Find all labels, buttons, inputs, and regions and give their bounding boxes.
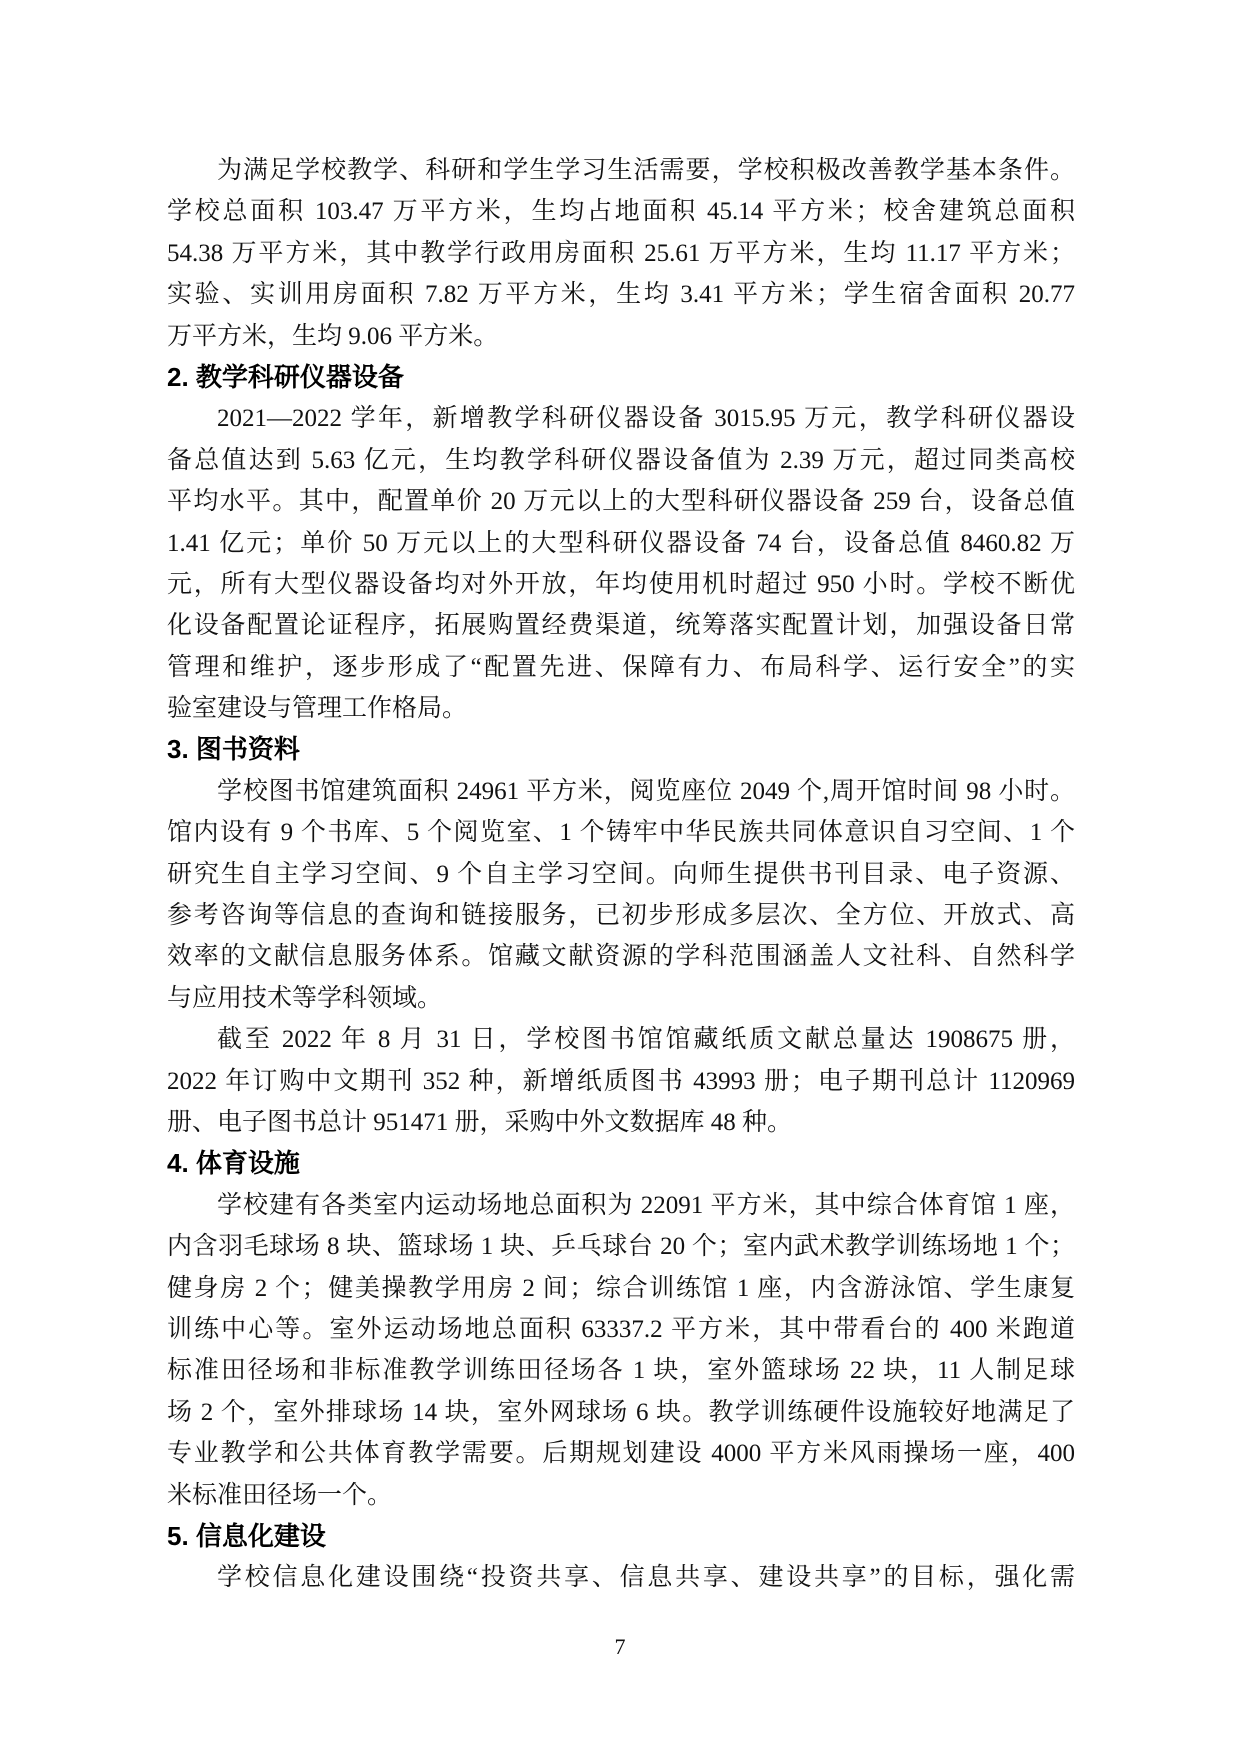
paragraph-line: 效率的文献信息服务体系。馆藏文献资源的学科范围涵盖人文社科、自然科学 [167, 936, 1075, 977]
paragraph-line: 学校总面积 103.47 万平方米，生均占地面积 45.14 平方米；校舍建筑总… [167, 191, 1075, 232]
paragraph-line: 平均水平。其中，配置单价 20 万元以上的大型科研仪器设备 259 台，设备总值 [167, 481, 1075, 522]
page-footer: 7 [0, 1634, 1240, 1660]
paragraph-line: 1.41 亿元；单价 50 万元以上的大型科研仪器设备 74 台，设备总值 84… [167, 523, 1075, 564]
paragraph-line: 场 2 个，室外排球场 14 块，室外网球场 6 块。教学训练硬件设施较好地满足… [167, 1392, 1075, 1433]
paragraph-line: 万平方米，生均 9.06 平方米。 [167, 316, 1075, 357]
paragraph-line: 专业教学和公共体育教学需要。后期规划建设 4000 平方米风雨操场一座，400 [167, 1433, 1075, 1474]
paragraph-line: 研究生自主学习空间、9 个自主学习空间。向师生提供书刊目录、电子资源、 [167, 854, 1075, 895]
paragraph-line: 册、电子图书总计 951471 册，采购中外文数据库 48 种。 [167, 1102, 1075, 1143]
paragraph-line: 米标准田径场一个。 [167, 1475, 1075, 1516]
paragraph-line: 截至 2022 年 8 月 31 日，学校图书馆馆藏纸质文献总量达 190867… [167, 1019, 1075, 1060]
paragraph-line: 参考咨询等信息的查询和链接服务，已初步形成多层次、全方位、开放式、高 [167, 895, 1075, 936]
paragraph-line: 学校建有各类室内运动场地总面积为 22091 平方米，其中综合体育馆 1 座， [167, 1185, 1075, 1226]
paragraph-line: 备总值达到 5.63 亿元，生均教学科研仪器设备值为 2.39 万元，超过同类高… [167, 440, 1075, 481]
paragraph-line: 元，所有大型仪器设备均对外开放，年均使用机时超过 950 小时。学校不断优 [167, 564, 1075, 605]
page: 为满足学校教学、科研和学生学习生活需要，学校积极改善教学基本条件。学校总面积 1… [0, 0, 1240, 1753]
paragraph-line: 2022 年订购中文期刊 352 种，新增纸质图书 43993 册；电子期刊总计… [167, 1061, 1075, 1102]
paragraph-line: 管理和维护，逐步形成了“配置先进、保障有力、布局科学、运行安全”的实 [167, 647, 1075, 688]
paragraph-line: 验室建设与管理工作格局。 [167, 688, 1075, 729]
paragraph-line: 为满足学校教学、科研和学生学习生活需要，学校积极改善教学基本条件。 [167, 150, 1075, 191]
section-heading: 5. 信息化建设 [167, 1516, 1075, 1557]
paragraph-line: 54.38 万平方米，其中教学行政用房面积 25.61 万平方米，生均 11.1… [167, 233, 1075, 274]
paragraph-line: 内含羽毛球场 8 块、篮球场 1 块、乒乓球台 20 个；室内武术教学训练场地 … [167, 1226, 1075, 1267]
paragraph-line: 训练中心等。室外运动场地总面积 63337.2 平方米，其中带看台的 400 米… [167, 1309, 1075, 1350]
section-heading: 4. 体育设施 [167, 1143, 1075, 1184]
paragraph-line: 学校图书馆建筑面积 24961 平方米，阅览座位 2049 个,周开馆时间 98… [167, 771, 1075, 812]
page-number: 7 [615, 1634, 626, 1659]
section-heading: 2. 教学科研仪器设备 [167, 357, 1075, 398]
paragraph-line: 与应用技术等学科领域。 [167, 978, 1075, 1019]
paragraph-line: 标准田径场和非标准教学训练田径场各 1 块，室外篮球场 22 块，11 人制足球 [167, 1350, 1075, 1391]
paragraph-line: 实验、实训用房面积 7.82 万平方米，生均 3.41 平方米；学生宿舍面积 2… [167, 274, 1075, 315]
paragraph-line: 健身房 2 个；健美操教学用房 2 间；综合训练馆 1 座，内含游泳馆、学生康复 [167, 1268, 1075, 1309]
paragraph-line: 学校信息化建设围绕“投资共享、信息共享、建设共享”的目标，强化需 [167, 1557, 1075, 1598]
paragraph-line: 馆内设有 9 个书库、5 个阅览室、1 个铸牢中华民族共同体意识自习空间、1 个 [167, 812, 1075, 853]
document-body: 为满足学校教学、科研和学生学习生活需要，学校积极改善教学基本条件。学校总面积 1… [167, 150, 1075, 1599]
paragraph-line: 2021—2022 学年，新增教学科研仪器设备 3015.95 万元，教学科研仪… [167, 398, 1075, 439]
paragraph-line: 化设备配置论证程序，拓展购置经费渠道，统筹落实配置计划，加强设备日常 [167, 605, 1075, 646]
section-heading: 3. 图书资料 [167, 729, 1075, 770]
